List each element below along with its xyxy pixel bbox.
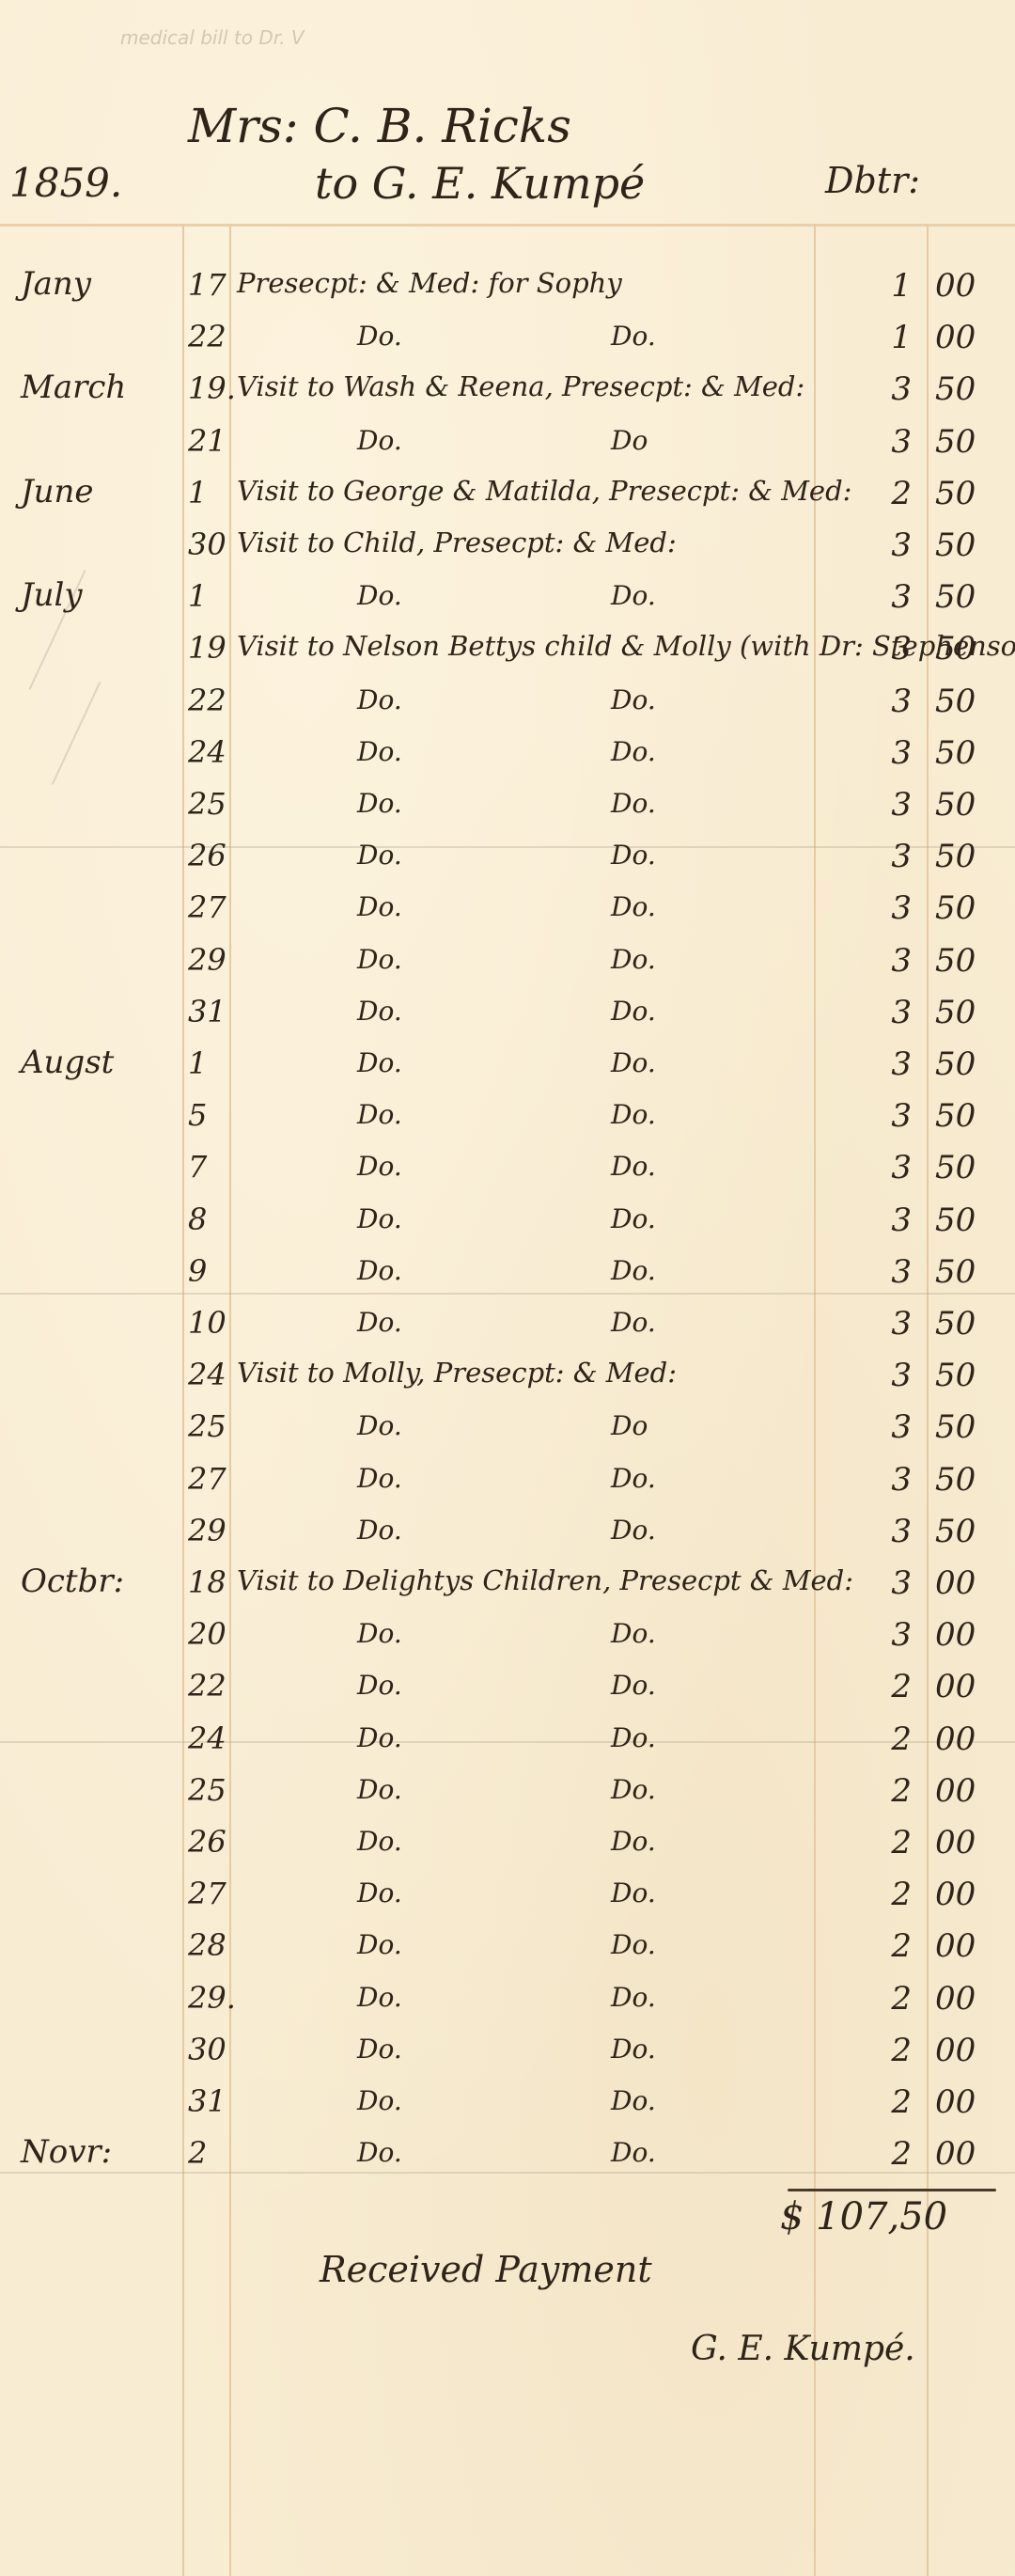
table-row: 27Do.Do.350 [0, 887, 1015, 938]
dollars-cell: 3 [874, 734, 912, 772]
dollars-cell: 2 [874, 2135, 912, 2173]
cents-cell: 00 [935, 1980, 976, 2018]
ditto-cell: Do. [611, 2034, 656, 2065]
pencil-note: medical bill to Dr. V [120, 26, 304, 49]
ditto-cell: Do. [357, 1203, 402, 1234]
ditto-cell: Do. [611, 580, 656, 611]
cents-cell: 00 [935, 1876, 976, 1913]
ditto-cell: Do. [357, 1774, 402, 1805]
table-row: 29.Do.Do.200 [0, 1978, 1015, 2029]
dollars-cell: 3 [874, 994, 912, 1031]
table-row: 30Do.Do.200 [0, 2030, 1015, 2081]
ditto-cell: Do. [611, 1618, 656, 1649]
description-cell: Visit to Wash & Reena, Presecpt: & Med: [237, 370, 804, 402]
ditto-cell: Do. [611, 840, 656, 871]
table-row: 31Do.Do.350 [0, 992, 1015, 1043]
dollars-cell: 2 [874, 1824, 912, 1861]
table-row: 25Do.Do350 [0, 1406, 1015, 1457]
table-row: 22Do.Do.200 [0, 1666, 1015, 1717]
year: 1859. [9, 160, 122, 206]
dollars-cell: 3 [874, 838, 912, 875]
dollars-cell: 3 [874, 1045, 912, 1083]
day-cell: 27 [188, 1876, 229, 1911]
cents-cell: 50 [935, 1513, 976, 1550]
table-row: Jany17Presecpt: & Med: for Sophy100 [0, 265, 1015, 316]
cents-cell: 50 [935, 1202, 976, 1239]
table-row: June1Visit to George & Matilda, Presecpt… [0, 473, 1015, 524]
dollars-cell: 3 [874, 630, 912, 668]
ditto-cell: Do. [357, 1151, 402, 1182]
table-row: 27Do.Do.200 [0, 1874, 1015, 1924]
dollars-cell: 3 [874, 1097, 912, 1135]
cents-cell: 50 [935, 1045, 976, 1083]
ditto-cell: Do. [357, 1463, 402, 1494]
day-cell: 18 [188, 1564, 229, 1600]
table-row: 5Do.Do.350 [0, 1095, 1015, 1146]
day-cell: 8 [188, 1202, 229, 1237]
day-cell: 29. [188, 1980, 229, 2016]
month-cell: July [21, 576, 83, 614]
table-row: 22Do.Do.350 [0, 681, 1015, 731]
dollars-cell: 2 [874, 1668, 912, 1705]
dollars-cell: 3 [874, 1513, 912, 1550]
cents-cell: 00 [935, 267, 976, 305]
day-cell: 26 [188, 838, 229, 873]
ditto-cell: Do. [611, 1099, 656, 1130]
ditto-cell: Do. [357, 736, 402, 767]
cents-cell: 50 [935, 423, 976, 461]
signature: G. E. Kumpé. [691, 2330, 915, 2368]
day-cell: 24 [188, 734, 229, 770]
cents-cell: 00 [935, 1668, 976, 1705]
cents-cell: 00 [935, 1824, 976, 1861]
cents-cell: 00 [935, 2032, 976, 2069]
cents-cell: 50 [935, 578, 976, 616]
dollars-cell: 3 [874, 1202, 912, 1239]
cents-cell: 50 [935, 1097, 976, 1135]
table-row: 28Do.Do.200 [0, 1925, 1015, 1976]
table-row: 29Do.Do.350 [0, 940, 1015, 991]
cents-cell: 50 [935, 1408, 976, 1446]
cents-cell: 00 [935, 1564, 976, 1602]
day-cell: 22 [188, 683, 229, 718]
creditor-line: to G. E. Kumpé [315, 158, 645, 209]
ditto-cell: Do. [611, 1670, 656, 1701]
ditto-cell: Do. [611, 891, 656, 922]
dollars-cell: 3 [874, 1564, 912, 1602]
table-row: 26Do.Do.200 [0, 1822, 1015, 1873]
description-cell: Presecpt: & Med: for Sophy [237, 267, 622, 299]
dollars-cell: 2 [874, 2032, 912, 2069]
ditto-cell: Do. [611, 944, 656, 975]
dbtr-label: Dbtr: [825, 160, 920, 201]
day-cell: 25 [188, 1772, 229, 1808]
month-cell: June [21, 473, 94, 510]
cents-cell: 50 [935, 889, 976, 927]
day-cell: 29 [188, 942, 229, 978]
dollars-cell: 1 [874, 267, 912, 305]
day-cell: 1 [188, 578, 229, 614]
table-row: Novr:2Do.Do.200 [0, 2133, 1015, 2184]
dollars-cell: 3 [874, 1253, 912, 1291]
ditto-cell: Do. [357, 788, 402, 819]
ditto-cell: Do. [357, 1618, 402, 1649]
table-row: March19.Visit to Wash & Reena, Presecpt:… [0, 369, 1015, 419]
description-cell: Visit to Delightys Children, Presecpt & … [237, 1564, 853, 1596]
month-cell: Novr: [21, 2133, 112, 2171]
dollars-cell: 3 [874, 526, 912, 564]
ditto-cell: Do. [611, 1151, 656, 1182]
description-cell: Visit to Molly, Presecpt: & Med: [237, 1357, 677, 1389]
ditto-cell: Do. [611, 1463, 656, 1494]
day-cell: 7 [188, 1149, 229, 1185]
ditto-cell: Do. [611, 1826, 656, 1857]
table-row: 25Do.Do.200 [0, 1770, 1015, 1821]
day-cell: 27 [188, 889, 229, 925]
cents-cell: 00 [935, 1720, 976, 1758]
day-cell: 28 [188, 1927, 229, 1963]
table-row: 31Do.Do.200 [0, 2081, 1015, 2132]
day-cell: 31 [188, 994, 229, 1029]
ditto-cell: Do. [357, 996, 402, 1027]
table-row: 29Do.Do.350 [0, 1511, 1015, 1562]
dollars-cell: 3 [874, 942, 912, 980]
month-cell: March [21, 369, 126, 406]
ditto-cell: Do. [611, 1515, 656, 1546]
ditto-cell: Do. [357, 891, 402, 922]
dollars-cell: 3 [874, 423, 912, 461]
dollars-cell: 3 [874, 1357, 912, 1394]
dollars-cell: 3 [874, 683, 912, 720]
ditto-cell: Do. [611, 1047, 656, 1078]
ditto-cell: Do. [611, 2137, 656, 2168]
day-cell: 17 [188, 267, 229, 303]
day-cell: 22 [188, 1668, 229, 1704]
table-row: 24Do.Do.350 [0, 732, 1015, 783]
ditto-cell: Do [611, 425, 648, 456]
dollars-cell: 1 [874, 319, 912, 356]
dollars-cell: 2 [874, 475, 912, 512]
ditto-cell: Do. [611, 736, 656, 767]
dollars-cell: 3 [874, 1616, 912, 1654]
cents-cell: 50 [935, 838, 976, 875]
ditto-cell: Do. [357, 1982, 402, 2013]
day-cell: 25 [188, 1408, 229, 1444]
day-cell: 20 [188, 1616, 229, 1652]
ditto-cell: Do. [357, 1929, 402, 1960]
dollars-cell: 2 [874, 1772, 912, 1810]
table-row: 8Do.Do.350 [0, 1200, 1015, 1250]
dollars-cell: 3 [874, 1408, 912, 1446]
total-amount: $ 107,50 [780, 2195, 947, 2238]
ditto-cell: Do. [611, 684, 656, 715]
table-row: 22Do.Do.100 [0, 317, 1015, 368]
dollars-cell: 3 [874, 578, 912, 616]
ditto-cell: Do. [611, 1255, 656, 1286]
table-row: 21Do.Do350 [0, 421, 1015, 472]
ditto-cell: Do. [357, 425, 402, 456]
cents-cell: 00 [935, 2083, 976, 2121]
dollars-cell: 2 [874, 1980, 912, 2018]
ditto-cell: Do. [611, 1307, 656, 1338]
ditto-cell: Do. [357, 1307, 402, 1338]
ditto-cell: Do. [357, 840, 402, 871]
day-cell: 1 [188, 475, 229, 510]
dollars-cell: 3 [874, 1305, 912, 1343]
cents-cell: 50 [935, 734, 976, 772]
month-cell: Jany [21, 265, 91, 303]
day-cell: 25 [188, 786, 229, 822]
ditto-cell: Do. [611, 1722, 656, 1753]
debtor-name: Mrs: C. B. Ricks [188, 99, 571, 153]
ditto-cell: Do. [611, 1877, 656, 1908]
cents-cell: 50 [935, 1357, 976, 1394]
dollars-cell: 3 [874, 889, 912, 927]
day-cell: 19. [188, 370, 229, 406]
table-row: Augst1Do.Do.350 [0, 1044, 1015, 1094]
ditto-cell: Do. [611, 1982, 656, 2013]
cents-cell: 50 [935, 786, 976, 824]
table-row: 27Do.Do.350 [0, 1459, 1015, 1510]
ditto-cell: Do. [357, 321, 402, 352]
cents-cell: 50 [935, 475, 976, 512]
day-cell: 22 [188, 319, 229, 354]
table-row: 30Visit to Child, Presecpt: & Med:350 [0, 525, 1015, 575]
ditto-cell: Do. [357, 944, 402, 975]
ditto-cell: Do. [611, 996, 656, 1027]
cents-cell: 00 [935, 1927, 976, 1965]
dollars-cell: 3 [874, 786, 912, 824]
day-cell: 1 [188, 1045, 229, 1081]
day-cell: 30 [188, 526, 229, 562]
cents-cell: 50 [935, 526, 976, 564]
table-row: 24Do.Do.200 [0, 1719, 1015, 1769]
ditto-cell: Do. [357, 1047, 402, 1078]
table-row: 25Do.Do.350 [0, 784, 1015, 835]
table-row: 24Visit to Molly, Presecpt: & Med:350 [0, 1355, 1015, 1406]
description-cell: Visit to Child, Presecpt: & Med: [237, 526, 677, 558]
header-rule [0, 224, 1015, 227]
description-cell: Visit to George & Matilda, Presecpt: & M… [237, 475, 851, 507]
cents-cell: 50 [935, 1253, 976, 1291]
table-row: July1Do.Do.350 [0, 576, 1015, 627]
ditto-cell: Do. [357, 2034, 402, 2065]
ditto-cell: Do. [611, 1929, 656, 1960]
ditto-cell: Do. [357, 1099, 402, 1130]
dollars-cell: 3 [874, 1461, 912, 1499]
month-cell: Augst [21, 1044, 114, 1081]
ditto-cell: Do. [611, 788, 656, 819]
cents-cell: 50 [935, 683, 976, 720]
day-cell: 2 [188, 2135, 229, 2171]
day-cell: 10 [188, 1305, 229, 1341]
dollars-cell: 2 [874, 2083, 912, 2121]
cents-cell: 50 [935, 630, 976, 668]
day-cell: 21 [188, 423, 229, 459]
day-cell: 5 [188, 1097, 229, 1133]
ditto-cell: Do. [357, 1877, 402, 1908]
received-payment: Received Payment [320, 2249, 652, 2290]
cents-cell: 00 [935, 1772, 976, 1810]
table-row: 7Do.Do.350 [0, 1147, 1015, 1198]
cents-cell: 50 [935, 370, 976, 408]
day-cell: 24 [188, 1357, 229, 1392]
table-row: 19Visit to Nelson Bettys child & Molly (… [0, 628, 1015, 679]
dollars-cell: 2 [874, 1876, 912, 1913]
ditto-cell: Do. [357, 2085, 402, 2116]
ditto-cell: Do [611, 1410, 648, 1441]
day-cell: 24 [188, 1720, 229, 1756]
dollars-cell: 2 [874, 1720, 912, 1758]
cents-cell: 50 [935, 1149, 976, 1186]
cents-cell: 50 [935, 1305, 976, 1343]
cents-cell: 00 [935, 319, 976, 356]
ditto-cell: Do. [611, 321, 656, 352]
day-cell: 31 [188, 2083, 229, 2119]
cents-cell: 50 [935, 942, 976, 980]
ditto-cell: Do. [357, 2137, 402, 2168]
table-row: 26Do.Do.350 [0, 836, 1015, 887]
ditto-cell: Do. [357, 1826, 402, 1857]
ditto-cell: Do. [611, 1774, 656, 1805]
ditto-cell: Do. [357, 1410, 402, 1441]
cents-cell: 50 [935, 1461, 976, 1499]
cents-cell: 50 [935, 994, 976, 1031]
day-cell: 9 [188, 1253, 229, 1289]
ditto-cell: Do. [611, 2085, 656, 2116]
ditto-cell: Do. [611, 1203, 656, 1234]
dollars-cell: 3 [874, 1149, 912, 1186]
day-cell: 29 [188, 1513, 229, 1548]
day-cell: 30 [188, 2032, 229, 2067]
dollars-cell: 2 [874, 1927, 912, 1965]
table-row: 10Do.Do.350 [0, 1303, 1015, 1354]
table-row: 9Do.Do.350 [0, 1251, 1015, 1302]
ditto-cell: Do. [357, 1670, 402, 1701]
ditto-cell: Do. [357, 684, 402, 715]
cents-cell: 00 [935, 1616, 976, 1654]
table-row: Octbr:18Visit to Delightys Children, Pre… [0, 1563, 1015, 1613]
ditto-cell: Do. [357, 1722, 402, 1753]
day-cell: 19 [188, 630, 229, 666]
dollars-cell: 3 [874, 370, 912, 408]
ditto-cell: Do. [357, 1515, 402, 1546]
ditto-cell: Do. [357, 580, 402, 611]
day-cell: 27 [188, 1461, 229, 1497]
cents-cell: 00 [935, 2135, 976, 2173]
ditto-cell: Do. [357, 1255, 402, 1286]
total-rule [788, 2189, 996, 2191]
month-cell: Octbr: [21, 1563, 124, 1600]
day-cell: 26 [188, 1824, 229, 1860]
table-row: 20Do.Do.300 [0, 1614, 1015, 1665]
